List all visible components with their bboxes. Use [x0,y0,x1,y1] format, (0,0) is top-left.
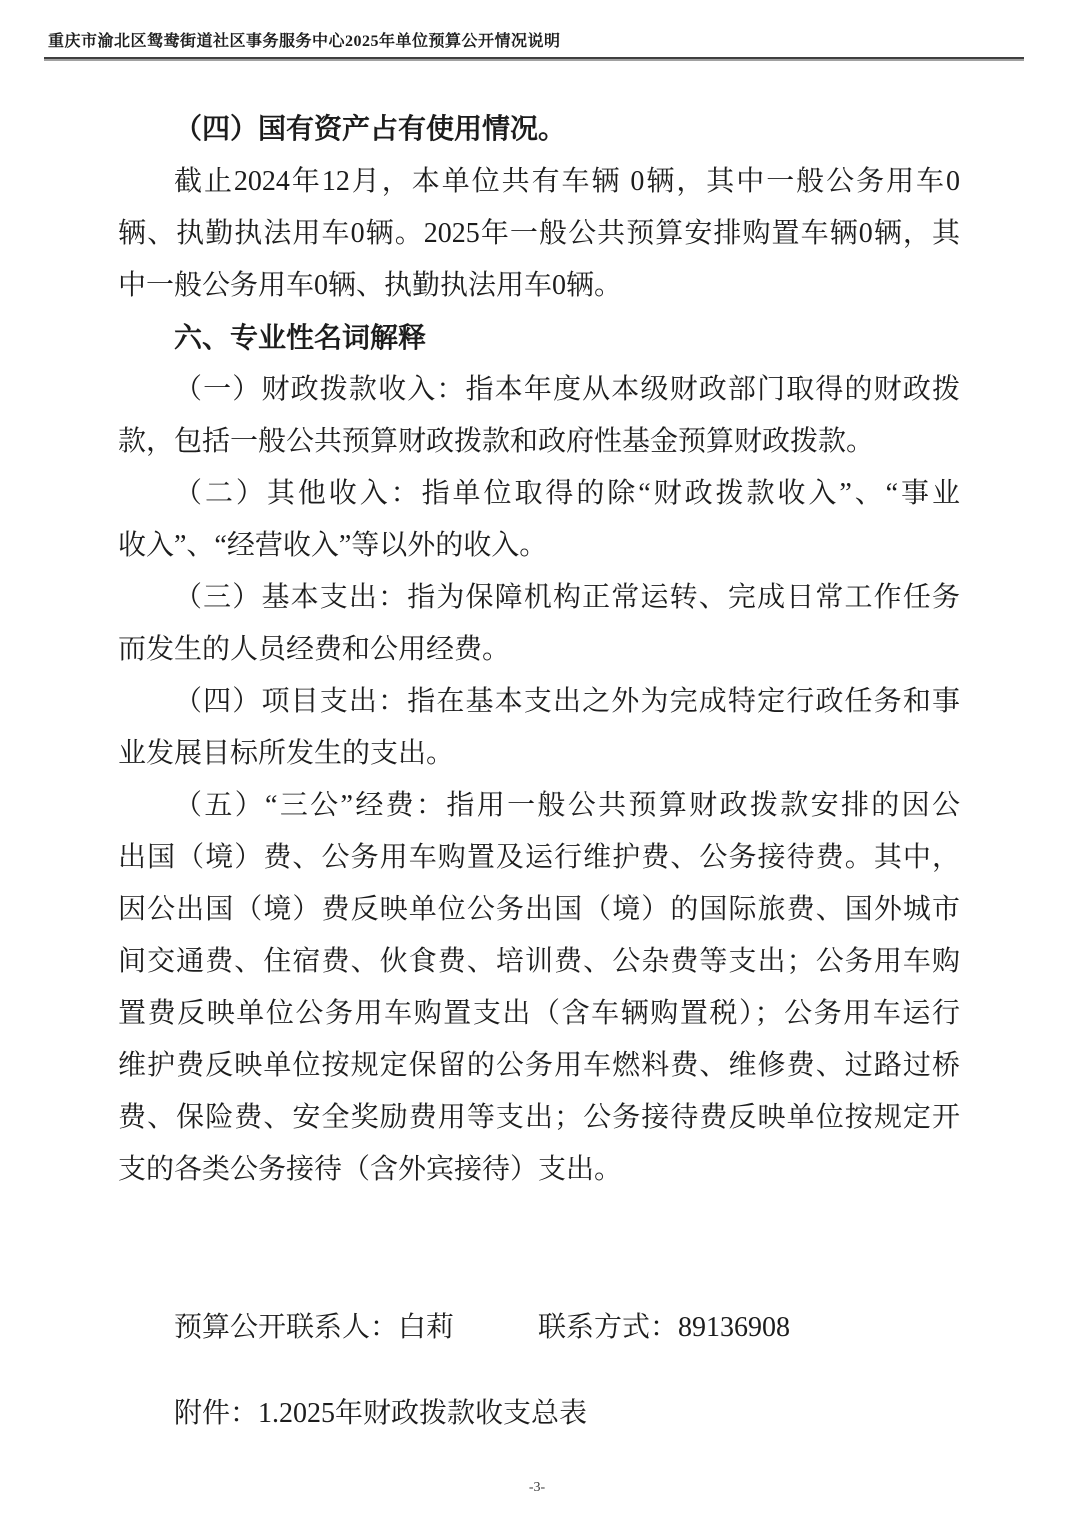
text-line: 因公出国（境）费反映单位公务出国（境）的国际旅费、国外城市 [118,884,960,936]
paragraph: （五）“三公”经费：指用一般公共预算财政拨款安排的因公出国（境）费、公务用车购置… [118,780,960,1196]
text-line: 维护费反映单位按规定保留的公务用车燃料费、维修费、过路过桥 [118,1040,960,1092]
text-line: （二）其他收入：指单位取得的除“财政拨款收入”、“事业 [118,468,960,520]
paragraph: （一）财政拨款收入：指本年度从本级财政部门取得的财政拨款，包括一般公共预算财政拨… [118,364,960,468]
paragraph: （三）基本支出：指为保障机构正常运转、完成日常工作任务而发生的人员经费和公用经费… [118,572,960,676]
document-page: 重庆市渝北区鸳鸯街道社区事务服务中心2025年单位预算公开情况说明 （四）国有资… [0,0,1074,1520]
header-rule [44,57,1024,59]
page-number: -3- [0,1480,1074,1496]
text-line: 费、保险费、安全奖励费用等支出；公务接待费反映单位按规定开 [118,1092,960,1144]
document-body: （四）国有资产占有使用情况。截止2024年12月，本单位共有车辆 0辆，其中一般… [118,104,960,1196]
text-line: 业发展目标所发生的支出。 [118,728,960,780]
section-heading: 六、专业性名词解释 [118,312,960,364]
attachment-line: 附件：1.2025年财政拨款收支总表 [118,1388,960,1440]
text-line: 支的各类公务接待（含外宾接待）支出。 [118,1144,960,1196]
text-line: （四）国有资产占有使用情况。 [118,104,960,156]
text-line: 中一般公务用车0辆、执勤执法用车0辆。 [118,260,960,312]
text-line: 辆、执勤执法用车0辆。2025年一般公共预算安排购置车辆0辆，其 [118,208,960,260]
section-heading: （四）国有资产占有使用情况。 [118,104,960,156]
text-line: （一）财政拨款收入：指本年度从本级财政部门取得的财政拨 [118,364,960,416]
paragraph: （二）其他收入：指单位取得的除“财政拨款收入”、“事业收入”、“经营收入”等以外… [118,468,960,572]
contact-line: 预算公开联系人：白莉 联系方式：89136908 [118,1302,960,1354]
text-line: 收入”、“经营收入”等以外的收入。 [118,520,960,572]
text-line: 截止2024年12月，本单位共有车辆 0辆，其中一般公务用车0 [118,156,960,208]
text-line: 置费反映单位公务用车购置支出（含车辆购置税）；公务用车运行 [118,988,960,1040]
text-line: （四）项目支出：指在基本支出之外为完成特定行政任务和事 [118,676,960,728]
paragraph: （四）项目支出：指在基本支出之外为完成特定行政任务和事业发展目标所发生的支出。 [118,676,960,780]
text-line: 六、专业性名词解释 [118,312,960,364]
page-header-title: 重庆市渝北区鸳鸯街道社区事务服务中心2025年单位预算公开情况说明 [48,28,561,51]
paragraph: 截止2024年12月，本单位共有车辆 0辆，其中一般公务用车0辆、执勤执法用车0… [118,156,960,312]
text-line: （三）基本支出：指为保障机构正常运转、完成日常工作任务 [118,572,960,624]
text-line: 出国（境）费、公务用车购置及运行维护费、公务接待费。其中， [118,832,960,884]
text-line: 款，包括一般公共预算财政拨款和政府性基金预算财政拨款。 [118,416,960,468]
text-line: （五）“三公”经费：指用一般公共预算财政拨款安排的因公 [118,780,960,832]
text-line: 间交通费、住宿费、伙食费、培训费、公杂费等支出；公务用车购 [118,936,960,988]
text-line: 而发生的人员经费和公用经费。 [118,624,960,676]
